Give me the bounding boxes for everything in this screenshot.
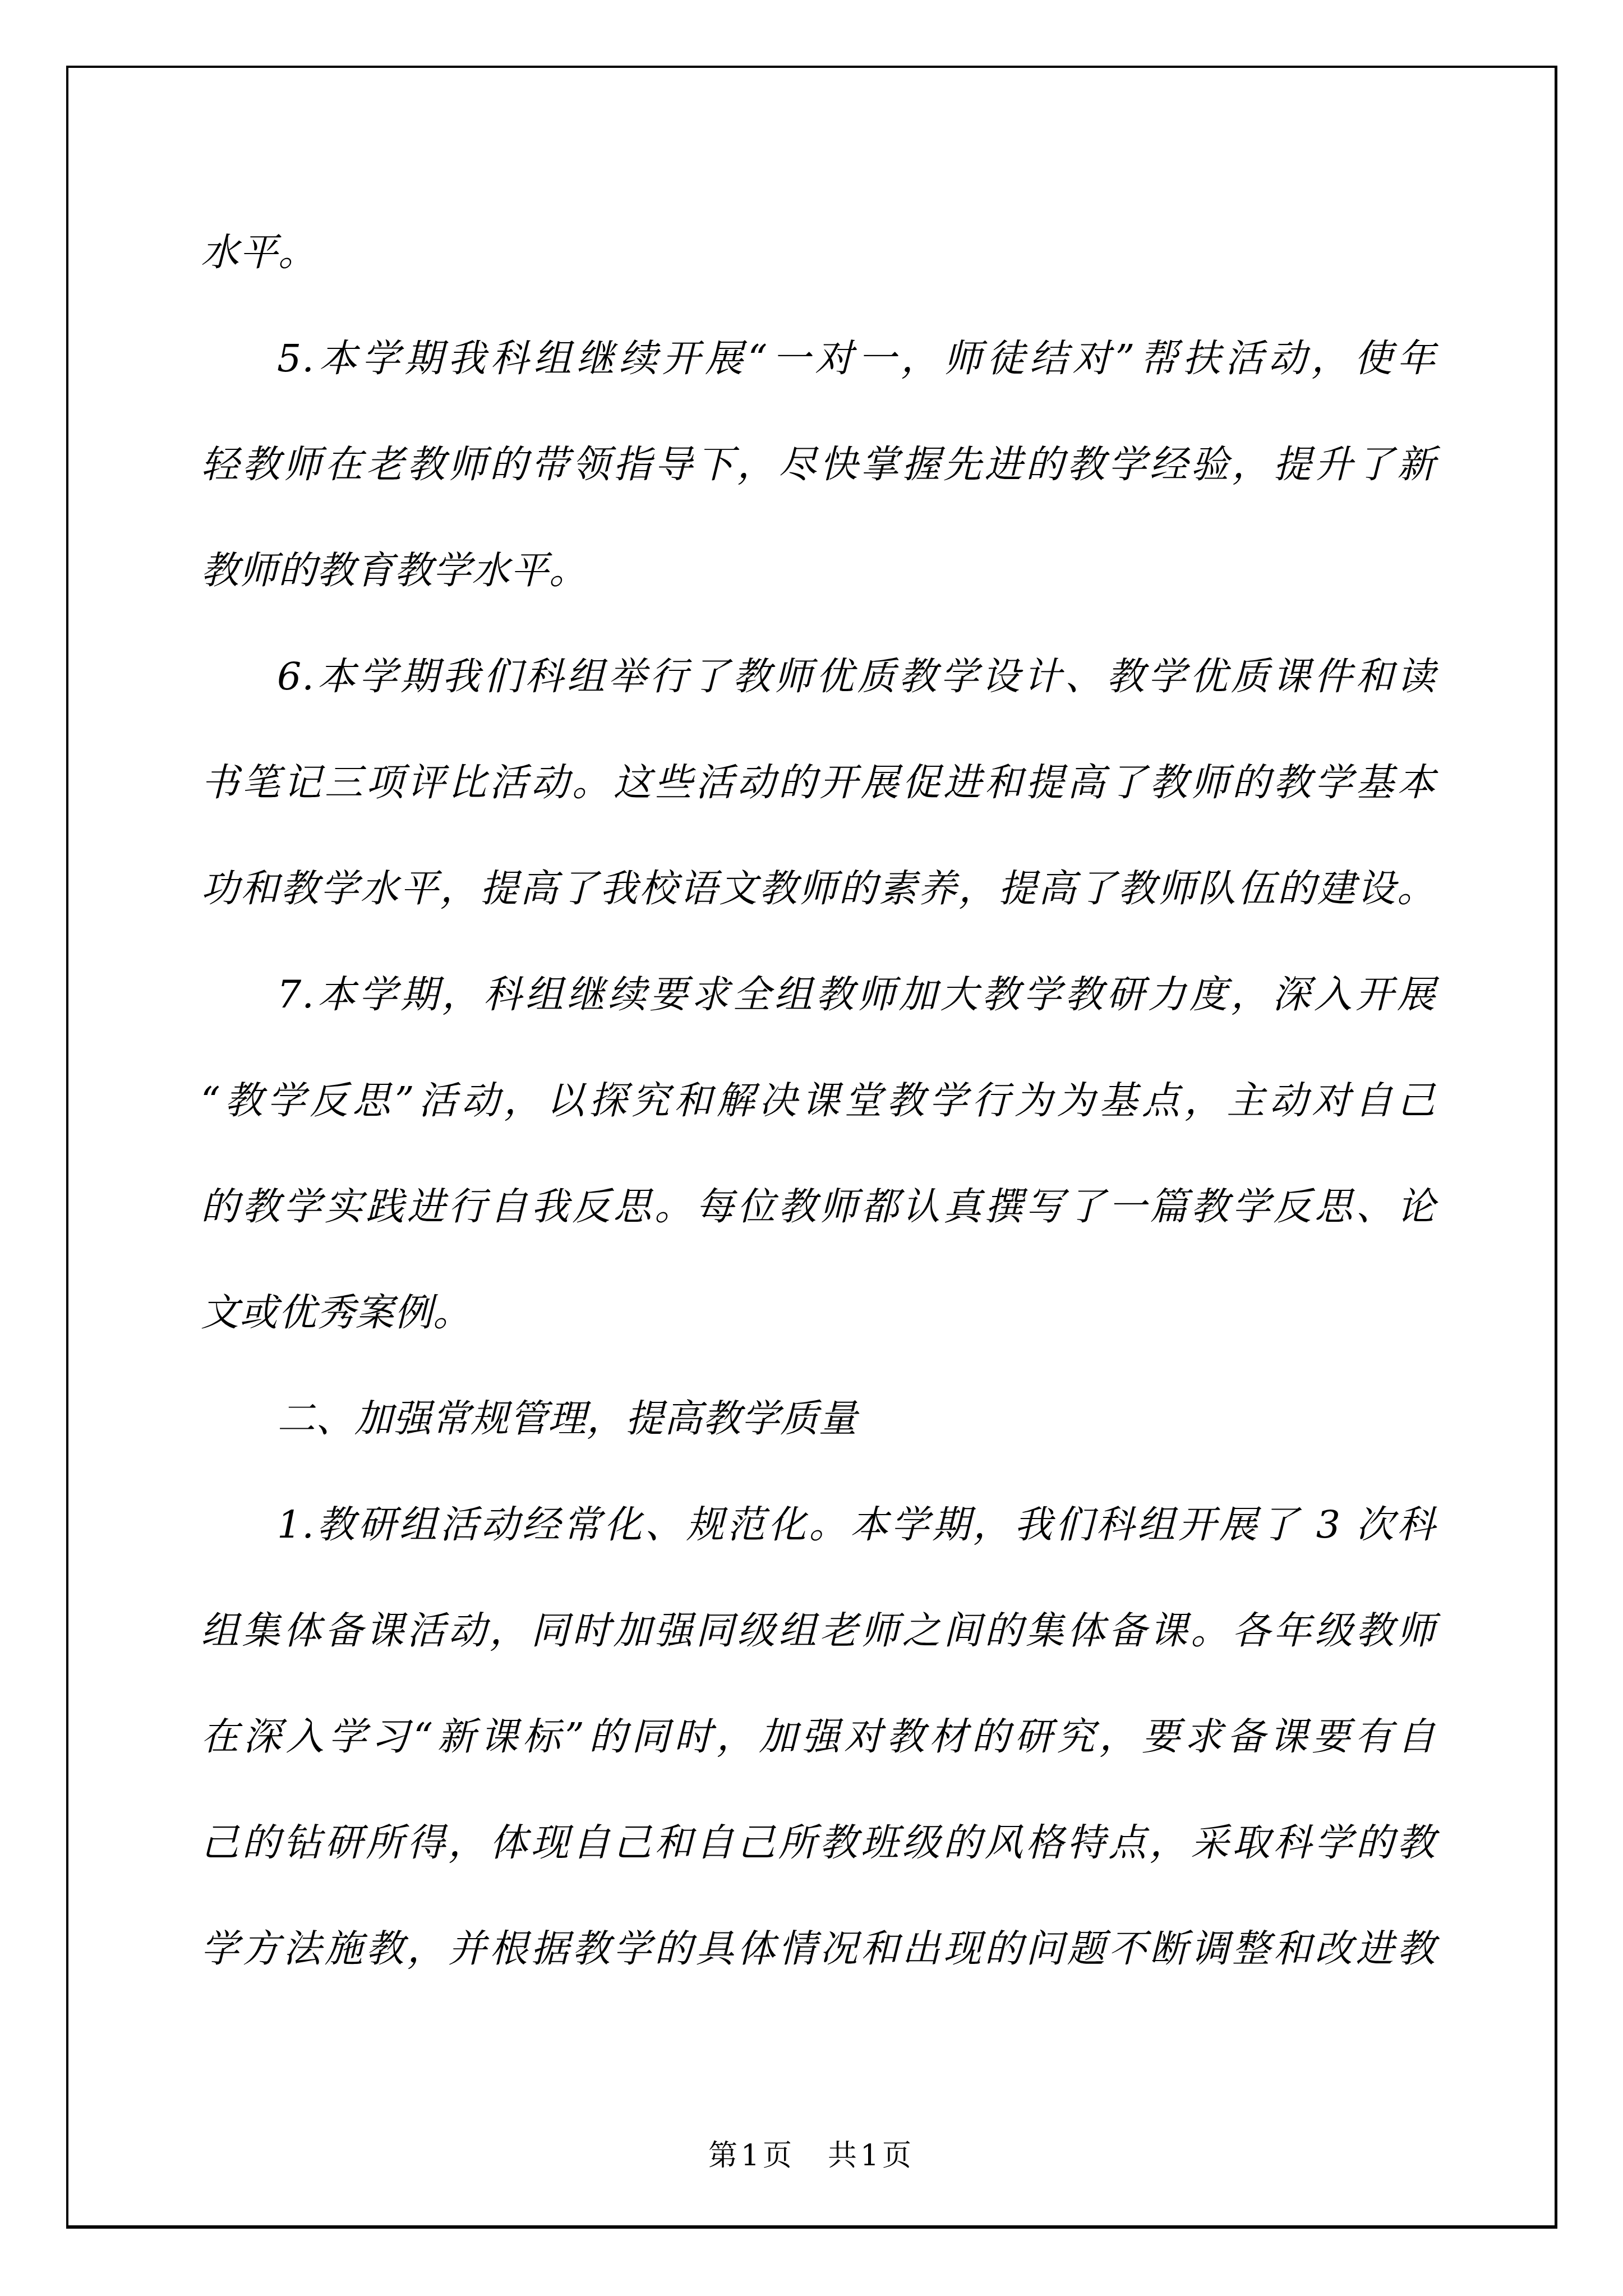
text-line: “教学反思”活动，以探究和解决课堂教学行为为基点，主动对自己 bbox=[201, 1048, 1436, 1154]
text-line: 己的钻研所得，体现自己和自己所教班级的风格特点，采取科学的教 bbox=[201, 1790, 1436, 1896]
text-line: 组集体备课活动，同时加强同级组老师之间的集体备课。各年级教师 bbox=[201, 1578, 1436, 1684]
text-line: 功和教学水平，提高了我校语文教师的素养，提高了教师队伍的建设。 bbox=[201, 836, 1436, 942]
text-line: 7.本学期，科组继续要求全组教师加大教学教研力度，深入开展 bbox=[201, 942, 1436, 1048]
text-line: 文或优秀案例。 bbox=[201, 1260, 1436, 1366]
page-footer: 第1页 共1页 bbox=[0, 2139, 1623, 2173]
text-line: 学方法施教，并根据教学的具体情况和出现的问题不断调整和改进教 bbox=[201, 1896, 1436, 2002]
text-line: 水平。 bbox=[201, 200, 1436, 306]
text-line: 的教学实践进行自我反思。每位教师都认真撰写了一篇教学反思、论 bbox=[201, 1154, 1436, 1260]
text-line: 书笔记三项评比活动。这些活动的开展促进和提高了教师的教学基本 bbox=[201, 730, 1436, 836]
page-number-text: 第1页 共1页 bbox=[708, 2139, 915, 2173]
document-page: 水平。5.本学期我科组继续开展“一对一，师徒结对”帮扶活动，使年轻教师在老教师的… bbox=[0, 0, 1623, 2296]
text-line: 二、加强常规管理，提高教学质量 bbox=[201, 1366, 1436, 1472]
text-line: 5.本学期我科组继续开展“一对一，师徒结对”帮扶活动，使年 bbox=[201, 306, 1436, 412]
text-line: 轻教师在老教师的带领指导下，尽快掌握先进的教学经验，提升了新 bbox=[201, 412, 1436, 518]
text-line: 在深入学习“新课标”的同时，加强对教材的研究，要求备课要有自 bbox=[201, 1684, 1436, 1790]
text-line: 教师的教育教学水平。 bbox=[201, 518, 1436, 624]
text-line: 1.教研组活动经常化、规范化。本学期，我们科组开展了 3 次科 bbox=[201, 1472, 1436, 1578]
document-body: 水平。5.本学期我科组继续开展“一对一，师徒结对”帮扶活动，使年轻教师在老教师的… bbox=[201, 200, 1436, 2002]
text-line: 6.本学期我们科组举行了教师优质教学设计、教学优质课件和读 bbox=[201, 624, 1436, 730]
